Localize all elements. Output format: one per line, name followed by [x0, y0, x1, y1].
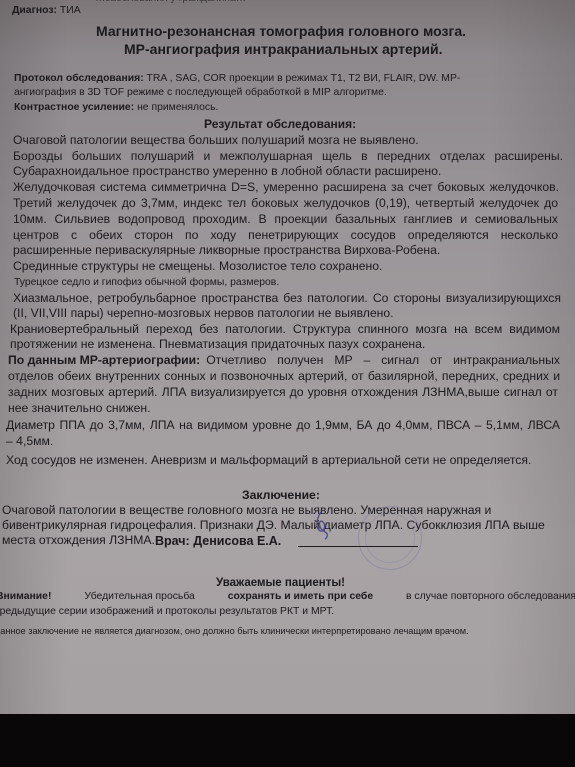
- results-heading: Результат обследования:: [204, 117, 356, 131]
- notice-line-1: Внимание! Убедительная просьба сохранять…: [0, 590, 575, 604]
- cut-top-text: …заболевания у гражданина…: [95, 0, 246, 6]
- document-title-line2: МР-ангиография интракраниальных артерий.: [124, 42, 442, 56]
- attention-label: Внимание!: [0, 590, 51, 604]
- vessel-course-line: Ход сосудов не изменен. Аневризм и мальф…: [6, 453, 531, 467]
- diagnosis-value: ТИА: [60, 5, 81, 16]
- angio-text-line1: Отчетливо получен МР – сигнал от интракр…: [206, 353, 560, 367]
- diameter-line-2: – 4,5мм.: [6, 434, 53, 448]
- notice-line-2: предыдущие серии изображений и протоколы…: [0, 605, 334, 619]
- protocol-line2: ангиография в 3D TOF режиме с последующе…: [14, 86, 387, 100]
- notice-text-pre: Убедительная просьба: [84, 590, 195, 604]
- results-line-4: Желудочковая система симметрична D=S, ум…: [13, 180, 559, 194]
- contrast-line: Контрастное усиление: не применялось.: [14, 101, 218, 115]
- results-line-13: Краниовертебральный переход без патологи…: [10, 322, 560, 336]
- results-line-9: Срединные структуры не смещены. Мозолист…: [13, 259, 382, 273]
- angio-line-1: По данным МР-артериографии: Отчетливо по…: [8, 353, 560, 367]
- results-line-8: расширенные периваскулярные ликворные пр…: [13, 243, 440, 257]
- results-line-7: центров с обеих сторон по ходу пенетриру…: [13, 228, 558, 242]
- diagnosis: Диагноз: ТИА: [12, 4, 81, 18]
- conclusion-line-2: бивентрикулярная гидроцефалия. Признаки …: [2, 518, 545, 532]
- diameter-line-1: Диаметр ППА до 3,7мм, ЛПА на видимом уро…: [6, 418, 560, 432]
- results-line-6: 10мм. Сильвиев водопровод проходим. В пр…: [13, 212, 558, 226]
- angio-label: По данным МР-артериографии:: [8, 353, 200, 367]
- signature-line: [298, 546, 418, 547]
- contrast-value: не применялось.: [137, 102, 218, 113]
- protocol-text-line1: TRA , SAG, COR проекции в режимах T1, T2…: [147, 73, 461, 84]
- results-line-11: Хиазмальное, ретробульбарное пространств…: [13, 291, 561, 305]
- results-line-14: протяжении не изменена. Пневматизация пр…: [10, 337, 425, 351]
- contrast-label: Контрастное усиление:: [14, 102, 134, 113]
- angio-line-3: задних мозговых артерий. ЛПА визуализиру…: [8, 385, 558, 399]
- angio-line-4: нее значительно снижен.: [8, 401, 151, 415]
- doctor-signature-label: Врач: Денисова Е.А.: [155, 534, 281, 548]
- protocol-line1: Протокол обследования: TRA , SAG, COR пр…: [14, 72, 460, 86]
- disclaimer: Данное заключение не является диагнозом,…: [0, 624, 469, 638]
- handwritten-signature-icon: [313, 510, 335, 540]
- notice-text-bold: сохранять и иметь при себе: [228, 590, 373, 604]
- results-line-12: (II, VII,VIII пары) черепно-мозговых нер…: [13, 306, 394, 320]
- results-line-3: Субарахноидальное пространство умеренно …: [13, 164, 441, 178]
- conclusion-line-3: места отхождения ЛЗНМА.: [2, 533, 155, 547]
- protocol-label: Протокол обследования:: [14, 73, 144, 84]
- results-line-1: Очаговой патологии вещества больших полу…: [13, 133, 419, 147]
- angio-line-2: отделов обеих внутренних сонных и позвон…: [8, 369, 560, 383]
- results-line-5: Третий желудочек до 3,7мм, индекс тел бо…: [13, 196, 558, 210]
- conclusion-line-1: Очаговой патологии в веществе головного …: [2, 503, 491, 517]
- conclusion-heading: Заключение:: [242, 488, 320, 502]
- results-line-10: Турецкое седло и гипофиз обычной формы, …: [14, 276, 279, 290]
- notice-text-post: в случае повторного обследования: [406, 590, 575, 604]
- notice-heading: Уважаемые пациенты!: [216, 576, 345, 590]
- document-title-line1: Магнитно-резонансная томография головног…: [96, 24, 466, 38]
- results-line-2: Борозды больших полушарий и межполушарна…: [13, 149, 563, 163]
- diagnosis-label: Диагноз:: [12, 5, 57, 16]
